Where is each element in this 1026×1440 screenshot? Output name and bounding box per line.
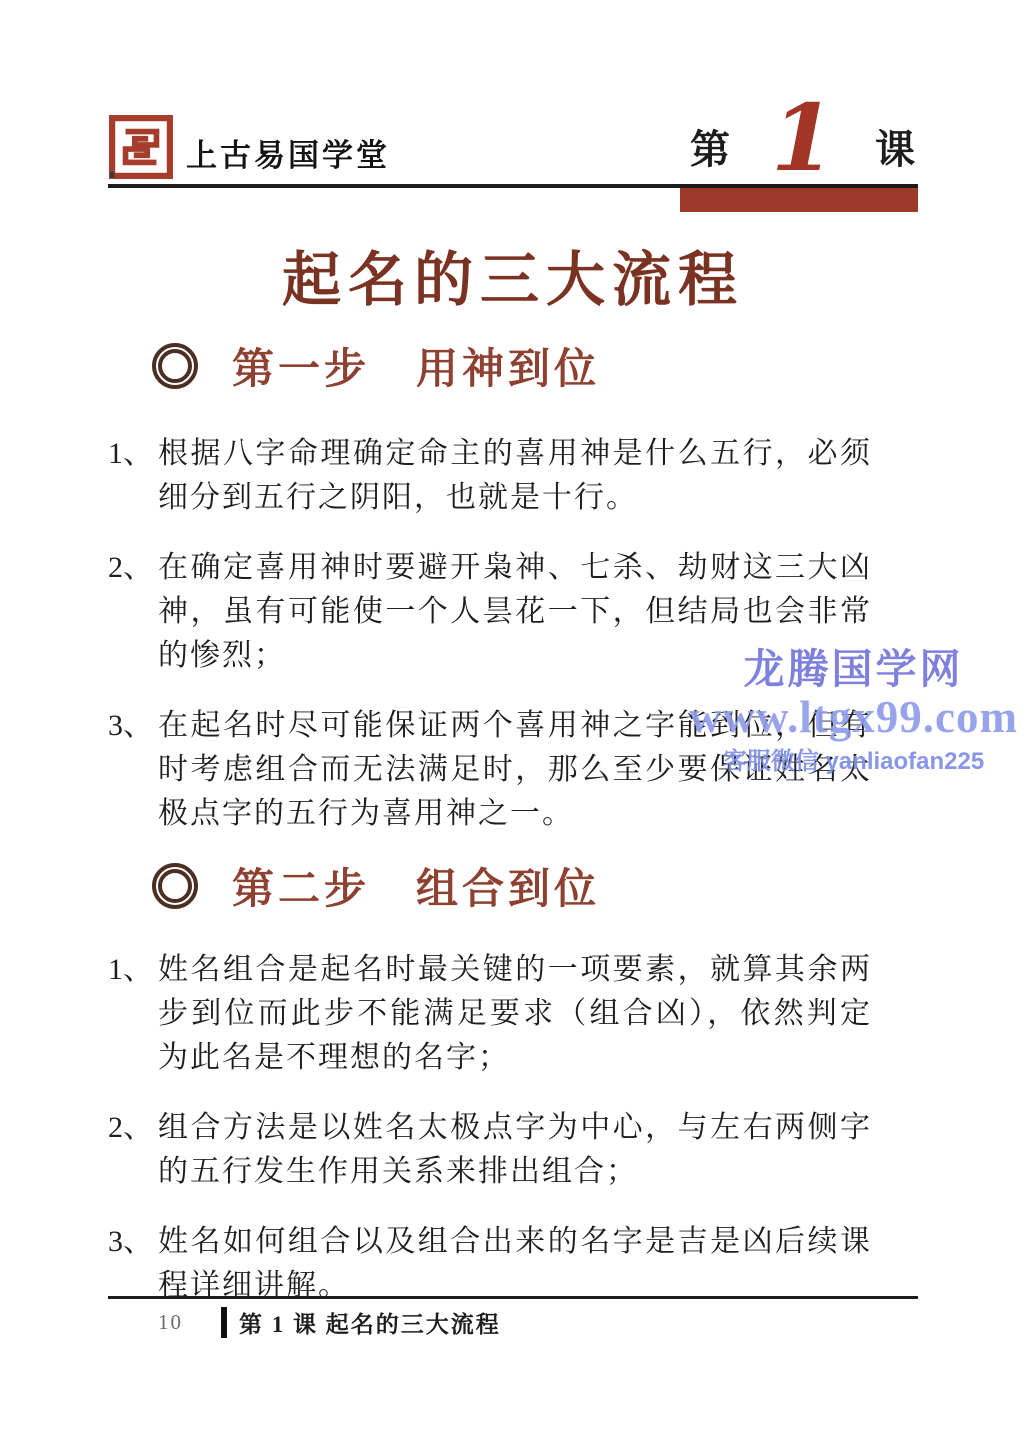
item-text: 姓名如何组合以及组合出来的名字是吉是凶后续课程详细讲解。 [158, 1220, 872, 1308]
brand-logo-icon [108, 114, 174, 180]
section-2-items: 1、 姓名组合是起名时最关键的一项要素，就算其余两步到位而此步不能满足要求（组合… [108, 948, 918, 1308]
item-text: 在起名时尽可能保证两个喜用神之字能到位，但有时考虑组合而无法满足时，那么至少要保… [158, 704, 872, 836]
page-footer: 10 第 1 课 起名的三大流程 [108, 1296, 918, 1339]
list-item: 2、 在确定喜用神时要避开枭神、七杀、劫财这三大凶神，虽有可能使一个人昙花一下，… [108, 546, 918, 678]
document-page: 上古易国学堂 第 1 课 起名的三大流程 第一步 用神到位 1、 根据八字命理确… [0, 0, 1026, 1440]
list-item: 2、 组合方法是以姓名太极点字为中心，与左右两侧字的五行发生作用关系来排出组合； [108, 1106, 918, 1194]
section-1-items: 1、 根据八字命理确定命主的喜用神是什么五行，必须细分到五行之阴阳，也就是十行。… [108, 432, 918, 836]
item-text: 姓名组合是起名时最关键的一项要素，就算其余两步到位而此步不能满足要求（组合凶），… [158, 948, 872, 1080]
list-item: 1、 姓名组合是起名时最关键的一项要素，就算其余两步到位而此步不能满足要求（组合… [108, 948, 918, 1080]
section-2-header: 第二步 组合到位 [152, 856, 918, 916]
item-number: 2、 [108, 546, 158, 678]
item-number: 1、 [108, 432, 158, 520]
item-text: 在确定喜用神时要避开枭神、七杀、劫财这三大凶神，虽有可能使一个人昙花一下，但结局… [158, 546, 872, 678]
double-circle-icon [152, 343, 198, 389]
list-item: 3、 姓名如何组合以及组合出来的名字是吉是凶后续课程详细讲解。 [108, 1220, 918, 1308]
item-number: 3、 [108, 704, 158, 836]
item-number: 1、 [108, 948, 158, 1080]
double-circle-icon [152, 863, 198, 909]
page-header: 上古易国学堂 第 1 课 [108, 0, 918, 192]
lesson-number: 1 [761, 96, 845, 185]
header-accent-bar [680, 188, 918, 212]
lesson-suffix: 课 [875, 118, 916, 185]
page-title: 起名的三大流程 [108, 246, 918, 314]
list-item: 1、 根据八字命理确定命主的喜用神是什么五行，必须细分到五行之阴阳，也就是十行。 [108, 432, 918, 520]
item-text: 组合方法是以姓名太极点字为中心，与左右两侧字的五行发生作用关系来排出组合； [158, 1106, 872, 1194]
item-text: 根据八字命理确定命主的喜用神是什么五行，必须细分到五行之阴阳，也就是十行。 [158, 432, 872, 520]
footer-tick-bar [221, 1307, 227, 1338]
section-1-heading: 第一步 用神到位 [232, 336, 600, 396]
item-number: 2、 [108, 1106, 158, 1194]
page-number: 10 [158, 1310, 183, 1335]
footer-divider [108, 1296, 918, 1299]
item-number: 3、 [108, 1220, 158, 1308]
section-2-heading: 第二步 组合到位 [232, 856, 600, 916]
list-item: 3、 在起名时尽可能保证两个喜用神之字能到位，但有时考虑组合而无法满足时，那么至… [108, 704, 918, 836]
brand-name: 上古易国学堂 [186, 130, 390, 175]
section-1-header: 第一步 用神到位 [152, 336, 918, 396]
footer-chapter-title: 第 1 课 起名的三大流程 [239, 1306, 501, 1339]
lesson-prefix: 第 [690, 118, 731, 185]
lesson-label: 第 1 课 [690, 96, 916, 185]
